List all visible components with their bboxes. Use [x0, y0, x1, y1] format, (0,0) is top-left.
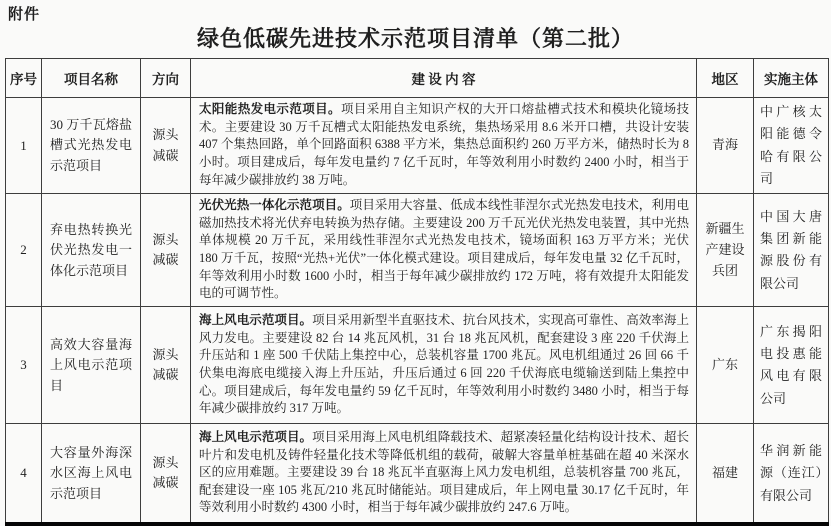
header-implementer: 实施主体 [754, 59, 829, 98]
header-serial-number: 序号 [6, 59, 42, 98]
project-name: 弃电热转换光伏光热发电一体化示范项目 [42, 194, 141, 307]
table-row: 3 高效大容量海上风电示范项目 源头减碳 海上风电示范项目。项目采用新型半直驱技… [6, 307, 829, 424]
implementer: 中广核太阳能德令哈有限公司 [754, 98, 829, 194]
document-page: 附件 绿色低碳先进技术示范项目清单（第二批） 序号 项目名称 方向 建 设 内 … [0, 0, 831, 526]
content-lead: 太阳能热发电示范项目。 [199, 102, 341, 116]
construction-content: 光伏光热一体化示范项目。项目采用大容量、低成本线性菲涅尔式光热发电技术，利用电磁… [191, 194, 697, 307]
project-table: 序号 项目名称 方向 建 设 内 容 地区 实施主体 1 30 万千瓦熔盐槽式光… [5, 58, 829, 526]
region: 福建 [697, 424, 754, 525]
page-title: 绿色低碳先进技术示范项目清单（第二批） [0, 22, 831, 53]
content-lead: 海上风电示范项目。 [199, 313, 312, 327]
direction: 源头减碳 [141, 424, 191, 525]
row-serial-number: 2 [6, 194, 42, 307]
content-body: 项目采用大容量、低成本线性菲涅尔式光热发电技术，利用电磁加热技术将光伏弃电转换为… [199, 198, 689, 300]
row-serial-number: 4 [6, 424, 42, 525]
region: 广东 [697, 307, 754, 424]
header-region: 地区 [697, 59, 754, 98]
table-row: 1 30 万千瓦熔盐槽式光热发电示范项目 源头减碳 太阳能热发电示范项目。项目采… [6, 98, 829, 194]
direction: 源头减碳 [141, 307, 191, 424]
construction-content: 太阳能热发电示范项目。项目采用自主知识产权的大开口熔盐槽式技术和模块化镜场技术。… [191, 98, 697, 194]
implementer: 华润新能源（连江）有限公司 [754, 424, 829, 525]
table-header: 序号 项目名称 方向 建 设 内 容 地区 实施主体 [6, 59, 829, 98]
project-name: 大容量外海深水区海上风电示范项目 [42, 424, 141, 525]
table-header-row: 序号 项目名称 方向 建 设 内 容 地区 实施主体 [6, 59, 829, 98]
content-lead: 光伏光热一体化示范项目。 [199, 198, 350, 212]
header-construction-content: 建 设 内 容 [191, 59, 697, 98]
construction-content: 海上风电示范项目。项目采用新型半直驱技术、抗台风技术，实现高可靠性、高效率海上风… [191, 307, 697, 424]
implementer: 中国大唐集团新能源股份有限公司 [754, 194, 829, 307]
content-lead: 海上风电示范项目。 [199, 430, 312, 444]
direction: 源头减碳 [141, 98, 191, 194]
table-row: 2 弃电热转换光伏光热发电一体化示范项目 源头减碳 光伏光热一体化示范项目。项目… [6, 194, 829, 307]
direction: 源头减碳 [141, 194, 191, 307]
region: 新疆生产建设兵团 [697, 194, 754, 307]
header-direction: 方向 [141, 59, 191, 98]
header-project-name: 项目名称 [42, 59, 141, 98]
project-name: 30 万千瓦熔盐槽式光热发电示范项目 [42, 98, 141, 194]
row-serial-number: 1 [6, 98, 42, 194]
attachment-label: 附件 [8, 3, 40, 24]
project-name: 高效大容量海上风电示范项目 [42, 307, 141, 424]
row-serial-number: 3 [6, 307, 42, 424]
construction-content: 海上风电示范项目。项目采用海上风电机组降载技术、超紧凑轻量化结构设计技术、超长叶… [191, 424, 697, 525]
table-body: 1 30 万千瓦熔盐槽式光热发电示范项目 源头减碳 太阳能热发电示范项目。项目采… [6, 98, 829, 525]
table-row: 4 大容量外海深水区海上风电示范项目 源头减碳 海上风电示范项目。项目采用海上风… [6, 424, 829, 525]
content-body: 项目采用新型半直驱技术、抗台风技术，实现高可靠性、高效率海上风力发电。主要建设 … [199, 313, 689, 415]
region: 青海 [697, 98, 754, 194]
implementer: 广东揭阳电投惠能风电有限公司 [754, 307, 829, 424]
